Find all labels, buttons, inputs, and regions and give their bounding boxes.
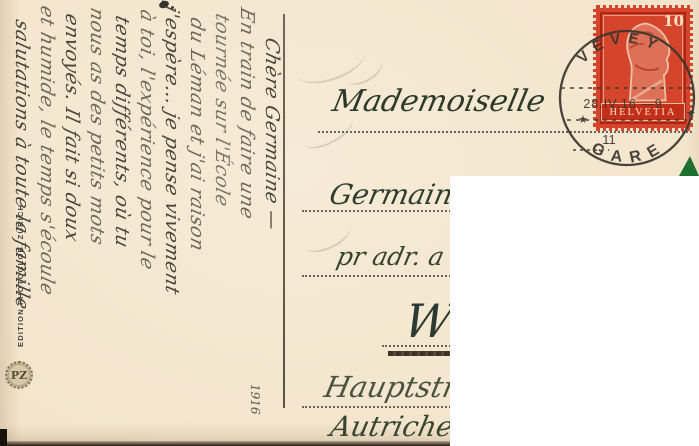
- svg-text:GARE: GARE: [589, 137, 670, 167]
- postmark-cancel: VEVEY GARE ★ ★ 28.IV.16 —9 11: [547, 18, 699, 174]
- address-country: Autriche: [327, 410, 456, 443]
- message-line: nous as des petits mots: [84, 5, 109, 443]
- message-line: j'espère… je pense vivement: [159, 3, 184, 443]
- postmark-town: VEVEY: [574, 30, 666, 67]
- message-line: du Léman et j'ai raison: [184, 15, 209, 443]
- postmark-office: GARE: [589, 137, 670, 167]
- postmark-star-right: ★: [686, 108, 696, 120]
- card-corner-mark: [0, 429, 7, 446]
- postcard-scan: Chère Germaine — En train de faire une t…: [0, 0, 699, 446]
- message-year: 1916: [248, 384, 262, 418]
- card-bottom-edge: [0, 441, 452, 446]
- divider-line: [283, 14, 285, 408]
- address-care-of: pr adr. a: [334, 242, 447, 271]
- message-line: En train de faire une: [234, 5, 259, 443]
- message-line: tournée sur l'École: [209, 11, 234, 443]
- address-salutation: Mademoiselle: [329, 84, 548, 119]
- publisher-monogram-seal: PZ: [5, 361, 33, 389]
- postmark-slot: 11: [602, 132, 616, 147]
- handwritten-message: Chère Germaine — En train de faire une t…: [4, 4, 284, 440]
- message-line: temps différents, où tu: [109, 13, 134, 443]
- message-line: à toi, l'expérience pour le: [134, 7, 159, 443]
- redaction-box: [450, 176, 699, 446]
- message-line: envoyés. Il fait si doux: [59, 11, 84, 443]
- publisher-imprint: EDITION PHOTOGLOB, ZÜRICH: [16, 147, 28, 347]
- postmark-date: 28.IV.16 —9: [583, 97, 662, 111]
- ink-blot: [171, 6, 174, 9]
- message-line: et humide, le temps s'écoule: [34, 3, 59, 443]
- message-line: Chère Germaine —: [259, 35, 284, 443]
- svg-text:VEVEY: VEVEY: [574, 30, 666, 67]
